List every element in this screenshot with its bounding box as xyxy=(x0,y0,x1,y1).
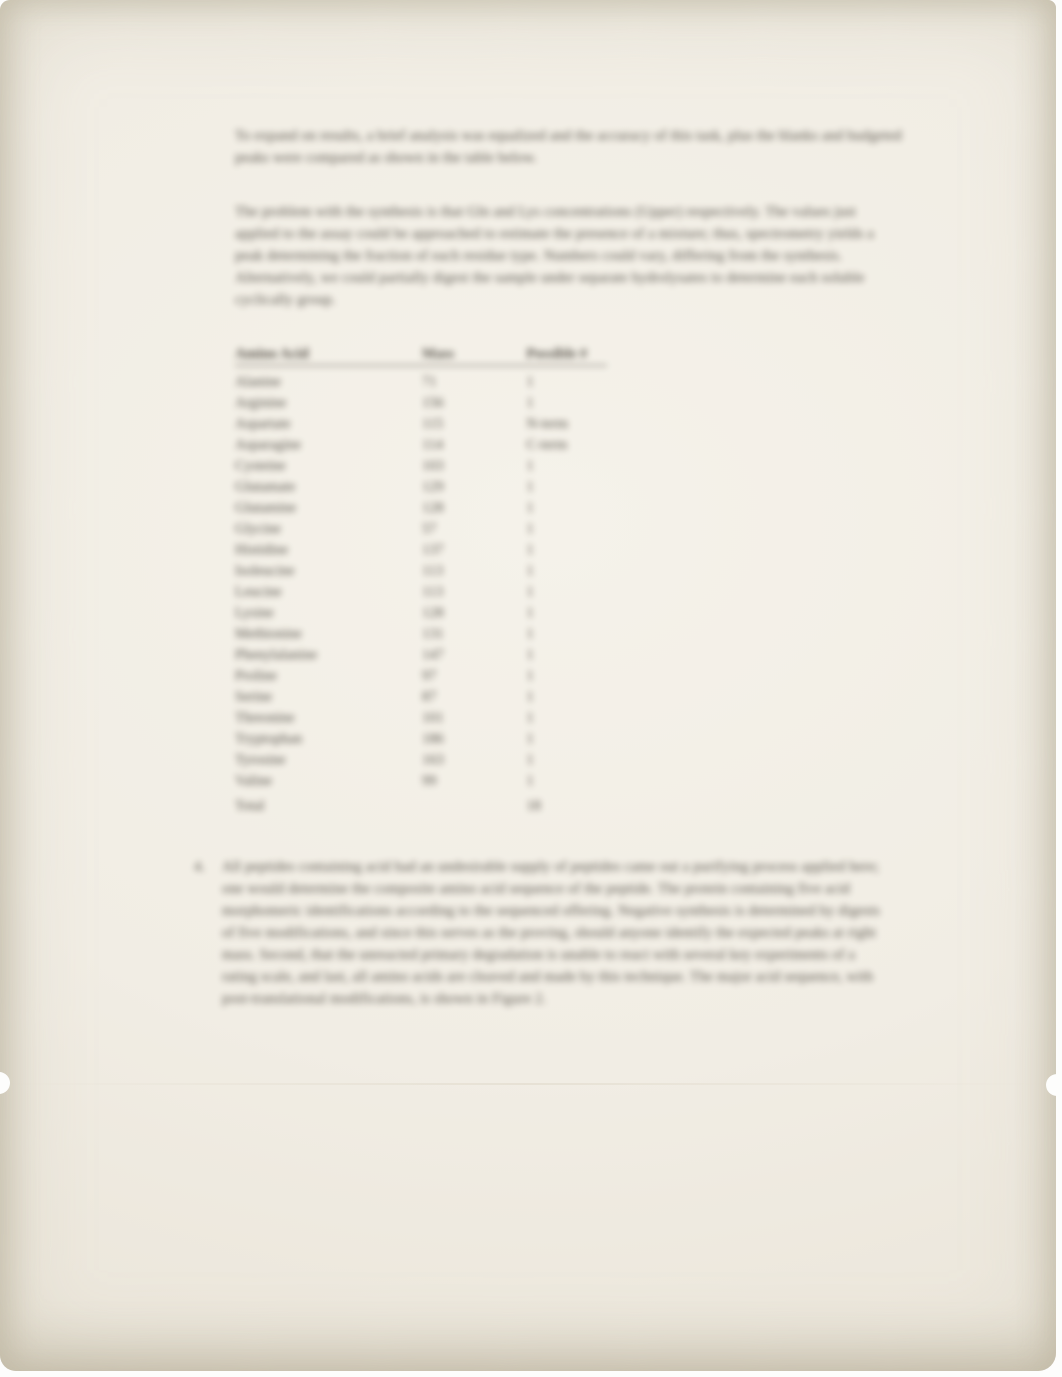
table-row: Glutamine 128 1 xyxy=(235,498,607,519)
table-row: Leucine 113 1 xyxy=(235,582,607,603)
amino-acid-mass: 113 xyxy=(422,561,520,582)
table-row: Aspartate 115 N-term xyxy=(235,414,607,435)
table-row: Arginine 156 1 xyxy=(235,393,607,414)
amino-acid-mass: 128 xyxy=(422,498,520,519)
table-row: Glutamate 129 1 xyxy=(235,477,607,498)
table-row: Valine 99 1 xyxy=(235,771,607,792)
table-header-row: Amino Acid Mass Possible # xyxy=(235,346,607,366)
paper-sheet: To expand on results, a brief analysis w… xyxy=(0,0,1056,1371)
amino-acid-possible: 1 xyxy=(520,561,607,582)
table-total-row: Total 18 xyxy=(235,796,607,817)
total-value: 18 xyxy=(520,796,607,817)
intro-paragraph: To expand on results, a brief analysis w… xyxy=(235,125,923,169)
amino-acid-mass: 115 xyxy=(422,414,520,435)
amino-acid-name: Threonine xyxy=(235,708,422,729)
amino-acid-mass: 71 xyxy=(422,372,520,393)
amino-acid-name: Arginine xyxy=(235,393,422,414)
amino-acid-mass: 129 xyxy=(422,477,520,498)
table-row: Alanine 71 1 xyxy=(235,372,607,393)
amino-acid-name: Asparagine xyxy=(235,435,422,456)
table-body: Alanine 71 1 Arginine 156 1 Aspartate 11… xyxy=(235,372,607,792)
amino-acid-possible: 1 xyxy=(520,771,607,792)
table-header-possible: Possible # xyxy=(520,346,607,363)
table-row: Phenylalanine 147 1 xyxy=(235,645,607,666)
table-row: Cysteine 103 1 xyxy=(235,456,607,477)
total-label: Total xyxy=(235,796,422,817)
table-row: Histidine 137 1 xyxy=(235,540,607,561)
table-row: Threonine 101 1 xyxy=(235,708,607,729)
amino-acid-name: Methionine xyxy=(235,624,422,645)
amino-acid-name: Alanine xyxy=(235,372,422,393)
amino-acid-possible: N-term xyxy=(520,414,607,435)
amino-acid-mass: 131 xyxy=(422,624,520,645)
amino-acid-name: Tryptophan xyxy=(235,729,422,750)
amino-acid-mass: 97 xyxy=(422,666,520,687)
table-row: Isoleucine 113 1 xyxy=(235,561,607,582)
amino-acid-mass: 156 xyxy=(422,393,520,414)
amino-acid-mass: 113 xyxy=(422,582,520,603)
amino-acid-table: Amino Acid Mass Possible # Alanine 71 1 … xyxy=(235,346,607,792)
amino-acid-mass: 57 xyxy=(422,519,520,540)
amino-acid-possible: 1 xyxy=(520,708,607,729)
amino-acid-name: Phenylalanine xyxy=(235,645,422,666)
amino-acid-possible: C-term xyxy=(520,435,607,456)
amino-acid-name: Valine xyxy=(235,771,422,792)
amino-acid-name: Proline xyxy=(235,666,422,687)
list-item-text: All peptides containing acid had an unde… xyxy=(222,856,886,1010)
amino-acid-mass: 163 xyxy=(422,750,520,771)
sheet-seam xyxy=(0,1083,1050,1085)
table-row: Tryptophan 186 1 xyxy=(235,729,607,750)
amino-acid-mass: 137 xyxy=(422,540,520,561)
amino-acid-mass: 114 xyxy=(422,435,520,456)
amino-acid-mass: 99 xyxy=(422,771,520,792)
amino-acid-possible: 1 xyxy=(520,603,607,624)
amino-acid-name: Leucine xyxy=(235,582,422,603)
amino-acid-name: Glutamine xyxy=(235,498,422,519)
amino-acid-possible: 1 xyxy=(520,540,607,561)
amino-acid-possible: 1 xyxy=(520,498,607,519)
amino-acid-mass: 87 xyxy=(422,687,520,708)
amino-acid-name: Serine xyxy=(235,687,422,708)
list-item-number: 4. xyxy=(194,856,222,1010)
amino-acid-name: Isoleucine xyxy=(235,561,422,582)
amino-acid-name: Lysine xyxy=(235,603,422,624)
amino-acid-possible: 1 xyxy=(520,477,607,498)
table-row: Glycine 57 1 xyxy=(235,519,607,540)
amino-acid-name: Histidine xyxy=(235,540,422,561)
table-header-mass: Mass xyxy=(422,346,520,363)
table-row: Proline 97 1 xyxy=(235,666,607,687)
page-edge-notch-right xyxy=(1046,1074,1062,1096)
amino-acid-possible: 1 xyxy=(520,582,607,603)
amino-acid-name: Tyrosine xyxy=(235,750,422,771)
table-row: Lysine 128 1 xyxy=(235,603,607,624)
table-row: Methionine 131 1 xyxy=(235,624,607,645)
amino-acid-possible: 1 xyxy=(520,456,607,477)
problem-paragraph: The problem with the synthesis is that G… xyxy=(235,201,887,311)
amino-acid-possible: 1 xyxy=(520,687,607,708)
amino-acid-possible: 1 xyxy=(520,645,607,666)
scanned-document: To expand on results, a brief analysis w… xyxy=(0,0,1062,1377)
amino-acid-possible: 1 xyxy=(520,624,607,645)
table-header-amino-acid: Amino Acid xyxy=(235,346,422,363)
table-row: Asparagine 114 C-term xyxy=(235,435,607,456)
amino-acid-possible: 1 xyxy=(520,519,607,540)
total-spacer xyxy=(422,796,520,817)
amino-acid-possible: 1 xyxy=(520,666,607,687)
amino-acid-mass: 103 xyxy=(422,456,520,477)
amino-acid-possible: 1 xyxy=(520,393,607,414)
table-row: Serine 87 1 xyxy=(235,687,607,708)
page-content: To expand on results, a brief analysis w… xyxy=(0,0,1056,1371)
amino-acid-name: Glycine xyxy=(235,519,422,540)
numbered-paragraph: 4. All peptides containing acid had an u… xyxy=(194,856,886,1010)
amino-acid-mass: 147 xyxy=(422,645,520,666)
amino-acid-possible: 1 xyxy=(520,372,607,393)
amino-acid-possible: 1 xyxy=(520,750,607,771)
amino-acid-name: Aspartate xyxy=(235,414,422,435)
amino-acid-mass: 128 xyxy=(422,603,520,624)
amino-acid-name: Cysteine xyxy=(235,456,422,477)
amino-acid-name: Glutamate xyxy=(235,477,422,498)
amino-acid-mass: 101 xyxy=(422,708,520,729)
table-row: Tyrosine 163 1 xyxy=(235,750,607,771)
amino-acid-mass: 186 xyxy=(422,729,520,750)
amino-acid-possible: 1 xyxy=(520,729,607,750)
